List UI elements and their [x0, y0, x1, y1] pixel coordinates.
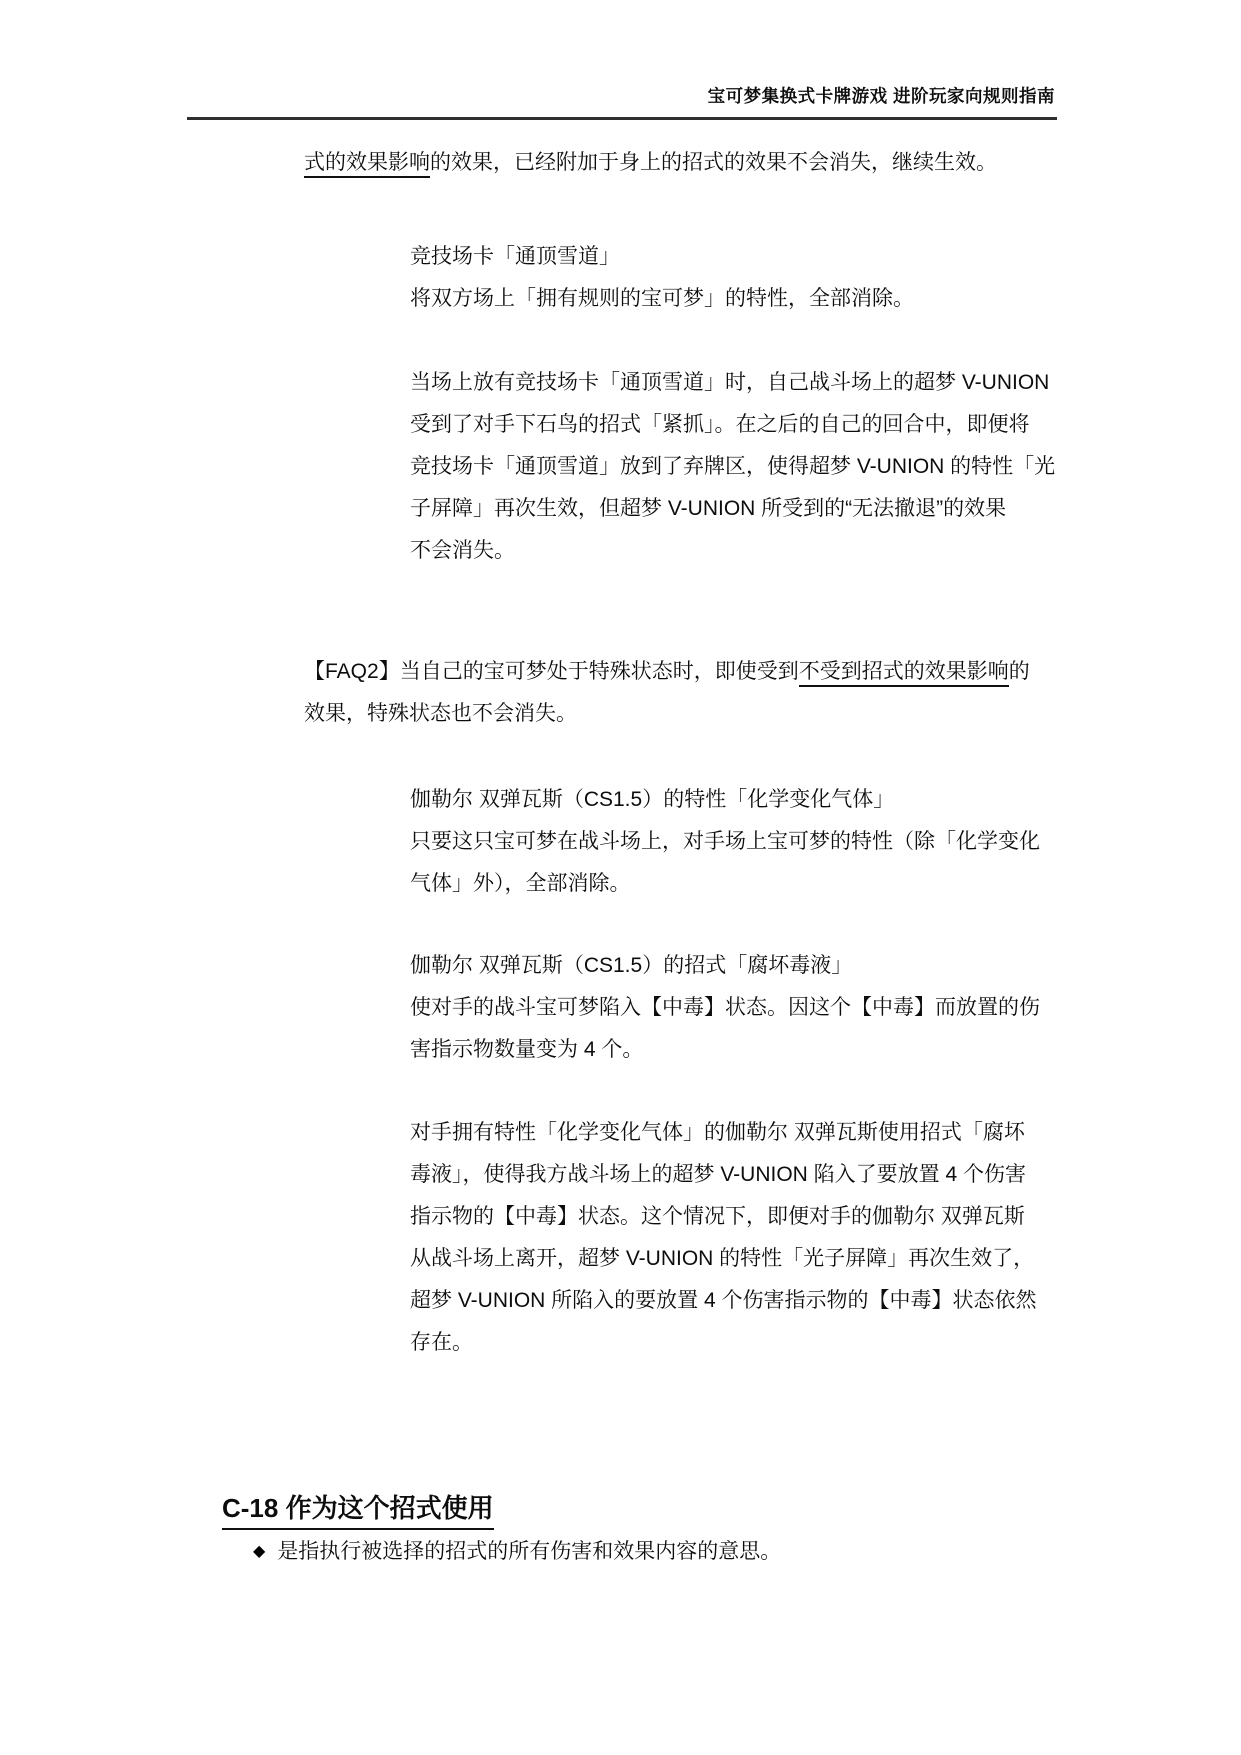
text-line: 使对手的战斗宝可梦陷入【中毒】状态。因这个【中毒】而放置的伤 — [410, 987, 1040, 1029]
text-line: 式的效果影响的效果，已经附加于身上的招式的效果不会消失，继续生效。 — [304, 142, 997, 184]
text-line: 效果，特殊状态也不会消失。 — [304, 693, 1030, 735]
text-line: 竞技场卡「通顶雪道」 — [410, 236, 914, 278]
text-line: 指示物的【中毒】状态。这个情况下，即便对手的伽勒尔 双弹瓦斯 — [410, 1196, 1037, 1238]
text-line: 【FAQ2】当自己的宝可梦处于特殊状态时，即使受到不受到招式的效果影响的 — [304, 651, 1030, 693]
text-line: 对手拥有特性「化学变化气体」的伽勒尔 双弹瓦斯使用招式「腐坏 — [410, 1112, 1037, 1154]
text-line: 只要这只宝可梦在战斗场上，对手场上宝可梦的特性（除「化学变化 — [410, 821, 1040, 863]
text-line: 气体」外），全部消除。 — [410, 863, 1040, 905]
text-line: 害指示物数量变为 4 个。 — [410, 1029, 1040, 1071]
text-line: 从战斗场上离开，超梦 V-UNION 的特性「光子屏障」再次生效了， — [410, 1238, 1037, 1280]
paragraph-faq2: 【FAQ2】当自己的宝可梦处于特殊状态时，即使受到不受到招式的效果影响的效果，特… — [304, 651, 1030, 735]
text-line: 伽勒尔 双弹瓦斯（CS1.5）的特性「化学变化气体」 — [410, 779, 1040, 821]
bullet-text: 是指执行被选择的招式的所有伤害和效果内容的意思。 — [277, 1537, 781, 1567]
text-line: 存在。 — [410, 1322, 1037, 1364]
example-block-gas-ability: 伽勒尔 双弹瓦斯（CS1.5）的特性「化学变化气体」只要这只宝可梦在战斗场上，对… — [410, 779, 1040, 905]
header-rule-divider — [187, 117, 1057, 120]
example-block-venom-attack: 伽勒尔 双弹瓦斯（CS1.5）的招式「腐坏毒液」使对手的战斗宝可梦陷入【中毒】状… — [410, 945, 1040, 1071]
text-line: 伽勒尔 双弹瓦斯（CS1.5）的招式「腐坏毒液」 — [410, 945, 1040, 987]
text-line: 竞技场卡「通顶雪道」放到了弃牌区，使得超梦 V-UNION 的特性「光 — [410, 446, 1055, 488]
text-line: 当场上放有竞技场卡「通顶雪道」时，自己战斗场上的超梦 V-UNION — [410, 362, 1055, 404]
diamond-bullet-icon: ◆ — [253, 1544, 265, 1560]
example-block-stadium-scenario: 当场上放有竞技场卡「通顶雪道」时，自己战斗场上的超梦 V-UNION受到了对手下… — [410, 362, 1055, 572]
text-line: 不会消失。 — [410, 530, 1055, 572]
section-heading: C-18 作为这个招式使用 — [222, 1488, 494, 1530]
text-line: 受到了对手下石鸟的招式「紧抓」。在之后的自己的回合中，即便将 — [410, 404, 1055, 446]
example-block-stadium-card: 竞技场卡「通顶雪道」将双方场上「拥有规则的宝可梦」的特性，全部消除。 — [410, 236, 914, 320]
bullet-item: ◆ 是指执行被选择的招式的所有伤害和效果内容的意思。 — [253, 1537, 781, 1567]
text-line: 超梦 V-UNION 所陷入的要放置 4 个伤害指示物的【中毒】状态依然 — [410, 1280, 1037, 1322]
text-line: 子屏障」再次生效，但超梦 V-UNION 所受到的“无法撤退”的效果 — [410, 488, 1055, 530]
document-page: 宝可梦集换式卡牌游戏 进阶玩家向规则指南 式的效果影响的效果，已经附加于身上的招… — [0, 0, 1241, 1755]
section-heading-text: C-18 作为这个招式使用 — [222, 1488, 494, 1530]
text-line: 将双方场上「拥有规则的宝可梦」的特性，全部消除。 — [410, 278, 914, 320]
paragraph-continuation: 式的效果影响的效果，已经附加于身上的招式的效果不会消失，继续生效。 — [304, 142, 997, 184]
text-line: 毒液」，使得我方战斗场上的超梦 V-UNION 陷入了要放置 4 个伤害 — [410, 1154, 1037, 1196]
example-block-venom-scenario: 对手拥有特性「化学变化气体」的伽勒尔 双弹瓦斯使用招式「腐坏毒液」，使得我方战斗… — [410, 1112, 1037, 1364]
header-title: 宝可梦集换式卡牌游戏 进阶玩家向规则指南 — [708, 83, 1055, 108]
